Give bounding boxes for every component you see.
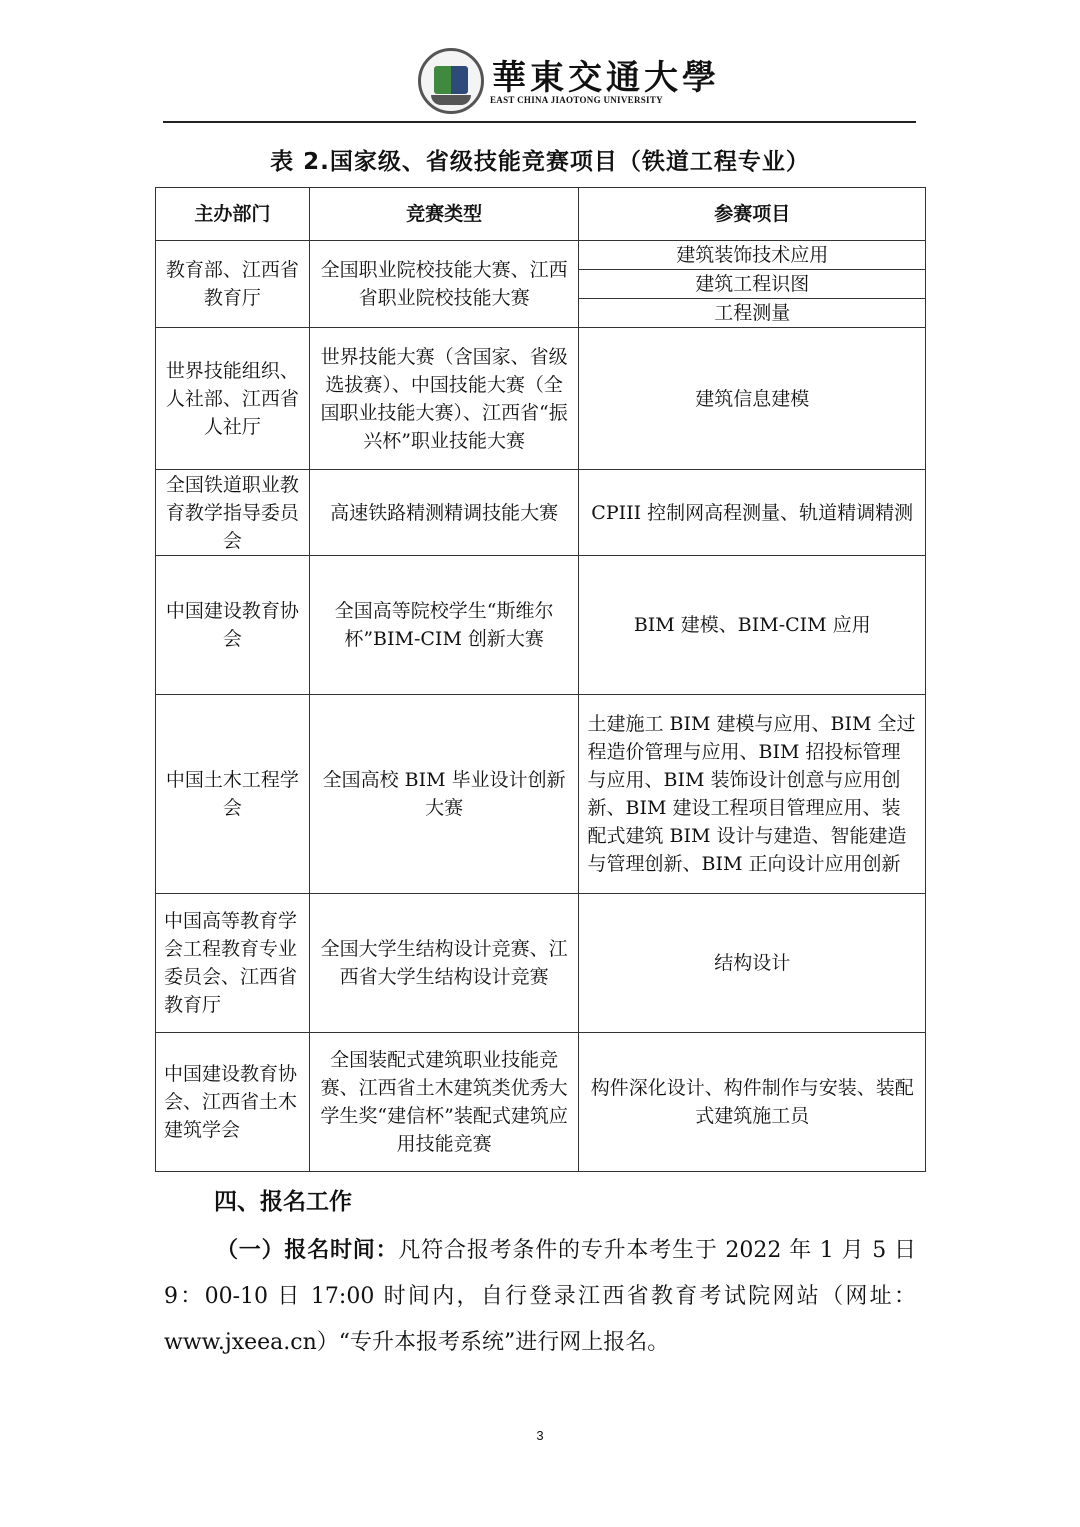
project-cell: CPIII 控制网高程测量、轨道精调精测 <box>579 470 926 556</box>
competition-cell: 全国高等院校学生“斯维尔杯”BIM-CIM 创新大赛 <box>309 556 579 695</box>
project-cell: 土建施工 BIM 建模与应用、BIM 全过程造价管理与应用、BIM 招投标管理与… <box>579 695 926 894</box>
competition-cell: 世界技能大赛（含国家、省级选拔赛）、中国技能大赛（全国职业技能大赛）、江西省“振… <box>309 328 579 470</box>
organizer-cell: 中国建设教育协会、江西省土木建筑学会 <box>156 1033 310 1172</box>
competition-cell: 全国高校 BIM 毕业设计创新大赛 <box>309 695 579 894</box>
project-cell: 构件深化设计、构件制作与安装、装配式建筑施工员 <box>579 1033 926 1172</box>
organizer-cell: 教育部、江西省教育厅 <box>156 241 310 328</box>
university-name-cn: 華東交通大學 <box>492 50 720 99</box>
organizer-cell: 中国土木工程学会 <box>156 695 310 894</box>
competition-table: 主办部门 竞赛类型 参赛项目 教育部、江西省教育厅 全国职业院校技能大赛、江西省… <box>155 187 926 1172</box>
page-number: 3 <box>0 1428 1080 1443</box>
column-header: 主办部门 <box>156 188 310 241</box>
header-divider <box>163 121 916 123</box>
table-row: 教育部、江西省教育厅 全国职业院校技能大赛、江西省职业院校技能大赛 建筑装饰技术… <box>156 241 926 270</box>
registration-paragraph: （一）报名时间：凡符合报考条件的专升本考生于 2022 年 1 月 5 日 9：… <box>164 1228 916 1366</box>
organizer-cell: 中国建设教育协会 <box>156 556 310 695</box>
column-header: 竞赛类型 <box>309 188 579 241</box>
competition-cell: 高速铁路精测精调技能大赛 <box>309 470 579 556</box>
table-row: 中国建设教育协会 全国高等院校学生“斯维尔杯”BIM-CIM 创新大赛 BIM … <box>156 556 926 695</box>
organizer-cell: 世界技能组织、人社部、江西省人社厅 <box>156 328 310 470</box>
organizer-cell: 全国铁道职业教育教学指导委员会 <box>156 470 310 556</box>
project-cell: BIM 建模、BIM-CIM 应用 <box>579 556 926 695</box>
table-row: 中国高等教育学会工程教育专业委员会、江西省教育厅 全国大学生结构设计竞赛、江西省… <box>156 894 926 1033</box>
project-cell: 工程测量 <box>579 299 926 328</box>
competition-cell: 全国大学生结构设计竞赛、江西省大学生结构设计竞赛 <box>309 894 579 1033</box>
table-row: 中国建设教育协会、江西省土木建筑学会 全国装配式建筑职业技能竞赛、江西省土木建筑… <box>156 1033 926 1172</box>
table-header-row: 主办部门 竞赛类型 参赛项目 <box>156 188 926 241</box>
table-row: 中国土木工程学会 全国高校 BIM 毕业设计创新大赛 土建施工 BIM 建模与应… <box>156 695 926 894</box>
letterhead: 華東交通大學 EAST CHINA JIAOTONG UNIVERSITY <box>0 40 1080 120</box>
table-title: 表 2.国家级、省级技能竞赛项目（铁道工程专业） <box>0 143 1080 176</box>
university-logo-icon <box>418 48 484 114</box>
section-heading: 四、报名工作 <box>214 1183 352 1216</box>
competition-cell: 全国职业院校技能大赛、江西省职业院校技能大赛 <box>309 241 579 328</box>
organizer-cell: 中国高等教育学会工程教育专业委员会、江西省教育厅 <box>156 894 310 1033</box>
project-cell: 建筑工程识图 <box>579 270 926 299</box>
competition-cell: 全国装配式建筑职业技能竞赛、江西省土木建筑类优秀大学生奖“建信杯”装配式建筑应用… <box>309 1033 579 1172</box>
table-row: 全国铁道职业教育教学指导委员会 高速铁路精测精调技能大赛 CPIII 控制网高程… <box>156 470 926 556</box>
project-cell: 建筑装饰技术应用 <box>579 241 926 270</box>
item-label: （一）报名时间： <box>216 1238 398 1263</box>
table-row: 世界技能组织、人社部、江西省人社厅 世界技能大赛（含国家、省级选拔赛）、中国技能… <box>156 328 926 470</box>
university-name-en: EAST CHINA JIAOTONG UNIVERSITY <box>490 95 663 105</box>
column-header: 参赛项目 <box>579 188 926 241</box>
project-cell: 建筑信息建模 <box>579 328 926 470</box>
project-cell: 结构设计 <box>579 894 926 1033</box>
